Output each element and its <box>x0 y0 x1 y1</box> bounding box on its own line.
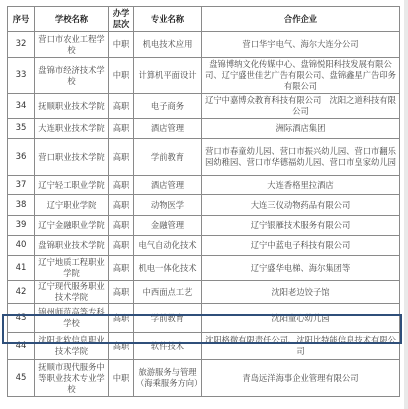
row-number: 41 <box>8 256 35 281</box>
school-name: 辽宁轻工职业学院 <box>35 176 109 195</box>
header-no: 序号 <box>8 7 35 32</box>
school-name: 辽宁金融职业学院 <box>35 216 109 236</box>
school-level: 中职 <box>109 360 134 397</box>
school-level: 高职 <box>109 94 134 119</box>
table-row: 37辽宁轻工职业学院高职酒店管理大连香格里拉酒店 <box>8 176 400 195</box>
table-row: 32营口市农业工程学校中职机电技术应用营口华宇电气、海尔大连分公司 <box>8 32 400 58</box>
partner-enterprise: 辽宁中蓝电子科技有限公司 <box>202 236 400 256</box>
table-row: 36营口职业技术学院高职学前教育营口市春童幼儿园、营口市振兴幼儿园、营口市翻乐园… <box>8 139 400 176</box>
school-name: 大连职业技术学院 <box>35 119 109 139</box>
school-name: 辽宁地质工程职业学院 <box>35 256 109 281</box>
major-name: 机电技术应用 <box>134 32 202 58</box>
row-number: 44 <box>8 333 35 360</box>
school-name: 锦州师范高等专科学校 <box>35 304 109 333</box>
header-major: 专业名称 <box>134 7 202 32</box>
row-number: 43 <box>8 304 35 333</box>
row-number: 45 <box>8 360 35 397</box>
major-name: 计算机平面设计 <box>134 58 202 94</box>
major-name: 动物医学 <box>134 195 202 216</box>
header-school: 学校名称 <box>35 7 109 32</box>
major-name: 电子商务 <box>134 94 202 119</box>
school-name: 沈阳北软信息职业技术学院 <box>35 333 109 360</box>
major-name: 学前教育 <box>134 304 202 333</box>
school-name: 抚顺职业技术学院 <box>35 94 109 119</box>
partner-enterprise: 辽宁中嘉博众教育科技有限公司 沈阳之道科技有限公司 <box>202 94 400 119</box>
row-number: 35 <box>8 119 35 139</box>
row-number: 39 <box>8 216 35 236</box>
row-number: 40 <box>8 236 35 256</box>
school-level: 高职 <box>109 139 134 176</box>
partner-enterprise: 洲际酒店集团 <box>202 119 400 139</box>
partner-enterprise: 辽宁盛华电梯、海尔集团等 <box>202 256 400 281</box>
row-number: 33 <box>8 58 35 94</box>
table-row: 38辽宁职业学院高职动物医学大连三仪动物药品有限公司 <box>8 195 400 216</box>
partner-enterprise: 大连香格里拉酒店 <box>202 176 400 195</box>
school-name: 辽宁职业学院 <box>35 195 109 216</box>
school-name: 抚顺市现代服务中等职业技术专业学校 <box>35 360 109 397</box>
major-name: 学前教育 <box>134 139 202 176</box>
table-row: 35大连职业技术学院高职酒店管理洲际酒店集团 <box>8 119 400 139</box>
table-row: 43锦州师范高等专科学校高职学前教育沈阳童心幼儿园 <box>8 304 400 333</box>
school-level: 高职 <box>109 304 134 333</box>
table-row: 34抚顺职业技术学院高职电子商务辽宁中嘉博众教育科技有限公司 沈阳之道科技有限公… <box>8 94 400 119</box>
header-partner: 合作企业 <box>202 7 400 32</box>
table-row: 40盘锦职业技术学院高职电气自动化技术辽宁中蓝电子科技有限公司 <box>8 236 400 256</box>
table-row: 33盘锦市经济技术学校中职计算机平面设计盘锦博纳文化传媒中心、盘锦悦阳科技发展有… <box>8 58 400 94</box>
partner-enterprise: 营口市春童幼儿园、营口市振兴幼儿园、营口市翻乐园幼稚园、营口市华德福幼儿园、营口… <box>202 139 400 176</box>
row-number: 32 <box>8 32 35 58</box>
school-level: 高职 <box>109 176 134 195</box>
school-level: 高职 <box>109 281 134 304</box>
table-row: 45抚顺市现代服务中等职业技术专业学校中职旅游服务与管理（海乘服务方向）青岛远洋… <box>8 360 400 397</box>
major-name: 机电一体化技术 <box>134 256 202 281</box>
row-number: 37 <box>8 176 35 195</box>
major-name: 电气自动化技术 <box>134 236 202 256</box>
school-level: 高职 <box>109 195 134 216</box>
partner-enterprise: 营口华宇电气、海尔大连分公司 <box>202 32 400 58</box>
school-level: 高职 <box>109 333 134 360</box>
school-name: 营口市农业工程学校 <box>35 32 109 58</box>
row-number: 34 <box>8 94 35 119</box>
major-name: 酒店管理 <box>134 176 202 195</box>
school-level: 高职 <box>109 119 134 139</box>
major-name: 金融管理 <box>134 216 202 236</box>
school-level: 高职 <box>109 256 134 281</box>
row-number: 42 <box>8 281 35 304</box>
header-level: 办学层次 <box>109 7 134 32</box>
page-edge <box>404 0 408 409</box>
major-name: 中西面点工艺 <box>134 281 202 304</box>
partner-enterprise: 沈阳格微有限责任公司、沈阳比特能信息技术有限公司 <box>202 333 400 360</box>
row-number: 36 <box>8 139 35 176</box>
table-row: 41辽宁地质工程职业学院高职机电一体化技术辽宁盛华电梯、海尔集团等 <box>8 256 400 281</box>
school-level: 中职 <box>109 58 134 94</box>
partner-enterprise: 大连三仪动物药品有限公司 <box>202 195 400 216</box>
partner-enterprise: 青岛远洋海事企业管理有限公司 <box>202 360 400 397</box>
school-level: 高职 <box>109 236 134 256</box>
partner-enterprise: 沈阳老边饺子馆 <box>202 281 400 304</box>
school-name: 盘锦职业技术学院 <box>35 236 109 256</box>
table-row: 42辽宁现代服务职业技术学院高职中西面点工艺沈阳老边饺子馆 <box>8 281 400 304</box>
partner-enterprise: 沈阳童心幼儿园 <box>202 304 400 333</box>
table-header-row: 序号 学校名称 办学层次 专业名称 合作企业 <box>8 7 400 32</box>
partner-enterprise: 盘锦博纳文化传媒中心、盘锦悦阳科技发展有限公司、辽宁盛世佳艺广告有限公司、盘锦鑫… <box>202 58 400 94</box>
row-number: 38 <box>8 195 35 216</box>
school-name: 营口职业技术学院 <box>35 139 109 176</box>
table-row: 44沈阳北软信息职业技术学院高职软件技术沈阳格微有限责任公司、沈阳比特能信息技术… <box>8 333 400 360</box>
school-level: 中职 <box>109 32 134 58</box>
school-level: 高职 <box>109 216 134 236</box>
major-name: 旅游服务与管理（海乘服务方向） <box>134 360 202 397</box>
table-row: 39辽宁金融职业学院高职金融管理辽宁银雁技术服务有限公司 <box>8 216 400 236</box>
major-name: 酒店管理 <box>134 119 202 139</box>
partner-enterprise: 辽宁银雁技术服务有限公司 <box>202 216 400 236</box>
school-name: 辽宁现代服务职业技术学院 <box>35 281 109 304</box>
school-enterprise-table: 序号 学校名称 办学层次 专业名称 合作企业 32营口市农业工程学校中职机电技术… <box>7 6 400 397</box>
major-name: 软件技术 <box>134 333 202 360</box>
school-name: 盘锦市经济技术学校 <box>35 58 109 94</box>
